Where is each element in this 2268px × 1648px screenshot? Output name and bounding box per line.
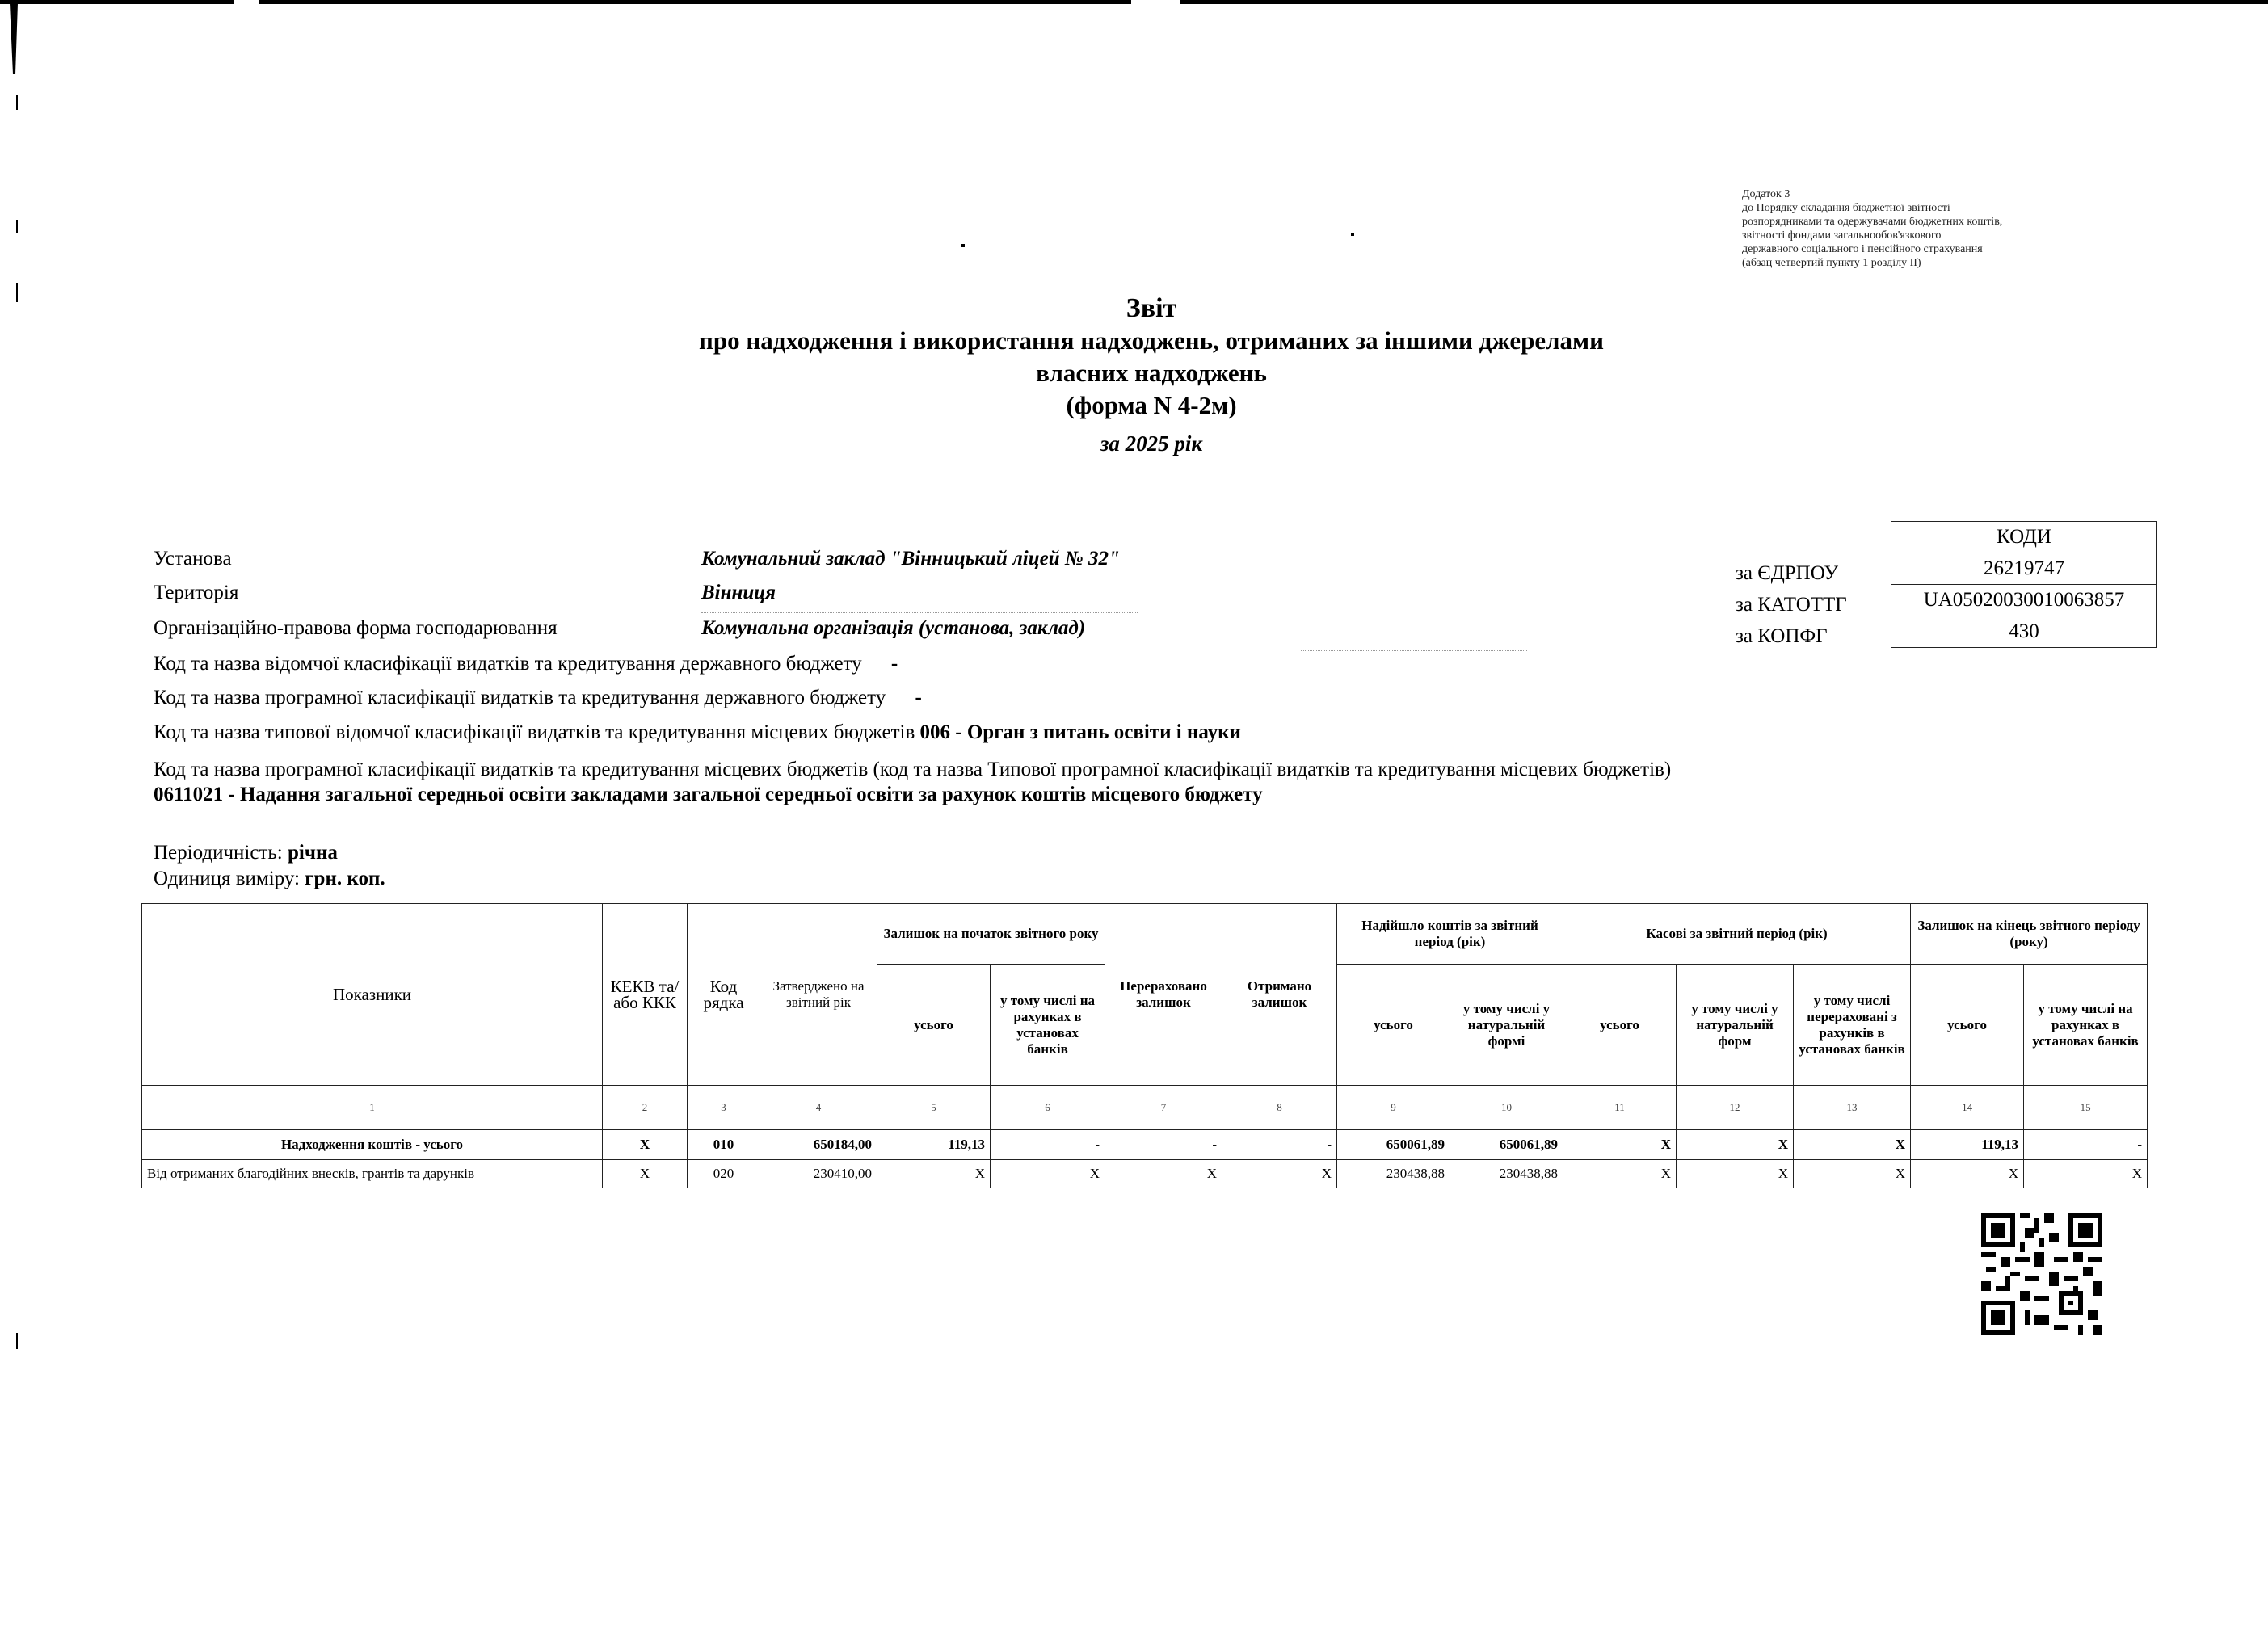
territory-label: Територія bbox=[154, 582, 238, 604]
scan-mark bbox=[16, 95, 18, 110]
report-period: за 2025 рік bbox=[485, 431, 1818, 456]
appendix-line: (абзац четвертий пункту 1 розділу II) bbox=[1742, 256, 2081, 270]
qr-code-icon bbox=[1981, 1213, 2102, 1335]
local-program-value: 0611021 - Надання загальної середньої ос… bbox=[154, 784, 1263, 805]
column-number: 8 bbox=[1222, 1086, 1337, 1130]
column-number: 9 bbox=[1337, 1086, 1450, 1130]
cell-received-balance: - bbox=[1222, 1130, 1337, 1160]
cell-cash-natural: X bbox=[1677, 1130, 1794, 1160]
appendix-note: Додаток 3 до Порядку складання бюджетної… bbox=[1742, 187, 2081, 270]
header-approved: Затверджено на звітний рік bbox=[760, 904, 877, 1086]
code-label-kopfg: за КОПФГ bbox=[1736, 620, 1847, 652]
cell-cash-total: X bbox=[1563, 1130, 1677, 1160]
header-indicators: Показники bbox=[142, 904, 603, 1086]
column-number: 4 bbox=[760, 1086, 877, 1130]
column-number: 3 bbox=[688, 1086, 760, 1130]
legal-form-value: Комунальна організація (установа, заклад… bbox=[701, 617, 1085, 640]
column-number: 5 bbox=[877, 1086, 991, 1130]
dept-state-label: Код та назва відомчої класифікації видат… bbox=[154, 653, 862, 675]
scan-edge-gap bbox=[234, 0, 259, 4]
appendix-line: Додаток 3 bbox=[1742, 187, 2081, 201]
form-number: (форма N 4-2м) bbox=[485, 389, 1818, 422]
header-received-balance: Отримано залишок bbox=[1222, 904, 1337, 1086]
column-number: 10 bbox=[1450, 1086, 1563, 1130]
code-value-katottg: UA05020030010063857 bbox=[1891, 585, 2157, 616]
header-cash-total: усього bbox=[1563, 965, 1677, 1086]
periodicity-value: річна bbox=[288, 842, 338, 864]
column-number: 12 bbox=[1677, 1086, 1794, 1130]
cell-transferred: X bbox=[1105, 1160, 1222, 1188]
typical-dept-row: Код та назва типової відомчої класифікац… bbox=[154, 721, 1241, 744]
cell-income-total: 650061,89 bbox=[1337, 1130, 1450, 1160]
scan-speck bbox=[961, 244, 965, 247]
code-label-edrpou: за ЄДРПОУ bbox=[1736, 557, 1847, 589]
prog-state-value: - bbox=[915, 687, 921, 708]
column-number: 2 bbox=[603, 1086, 688, 1130]
header-closing-total: усього bbox=[1911, 965, 2024, 1086]
column-number: 14 bbox=[1911, 1086, 2024, 1130]
cell-cash-transferred: X bbox=[1794, 1160, 1911, 1188]
column-number: 7 bbox=[1105, 1086, 1222, 1130]
cell-closing-banks: - bbox=[2024, 1130, 2148, 1160]
table-row-total: Надходження коштів - усього X 010 650184… bbox=[142, 1130, 2148, 1160]
report-table: Показники КЕКВ та/або ККК Код рядка Затв… bbox=[141, 903, 2148, 1188]
unit-label: Одиниця виміру: bbox=[154, 868, 300, 889]
header-cash-natural: у тому числі у натуральній форм bbox=[1677, 965, 1794, 1086]
header-closing-balance: Залишок на кінець звітного періоду (року… bbox=[1911, 904, 2148, 965]
code-label-katottg: за КАТОТТГ bbox=[1736, 589, 1847, 620]
scan-edge-gap bbox=[1131, 0, 1180, 4]
unit-value: грн. коп. bbox=[305, 868, 385, 889]
cell-approved: 650184,00 bbox=[760, 1130, 877, 1160]
scan-mark bbox=[16, 1333, 18, 1349]
row-label: Від отриманих благодійних внесків, грант… bbox=[142, 1160, 603, 1188]
periodicity-label: Періодичність: bbox=[154, 842, 283, 864]
column-number: 15 bbox=[2024, 1086, 2148, 1130]
table-row: Від отриманих благодійних внесків, грант… bbox=[142, 1160, 2148, 1188]
header-transferred: Перераховано залишок bbox=[1105, 904, 1222, 1086]
cell-cash-natural: X bbox=[1677, 1160, 1794, 1188]
report-title: Звіт про надходження і використання надх… bbox=[485, 292, 1818, 456]
cell-opening-total: X bbox=[877, 1160, 991, 1188]
cell-income-total: 230438,88 bbox=[1337, 1160, 1450, 1188]
column-number: 11 bbox=[1563, 1086, 1677, 1130]
appendix-line: розпорядниками та одержувачами бюджетних… bbox=[1742, 215, 2081, 229]
local-program-row: Код та назва програмної класифікації вид… bbox=[154, 757, 1713, 807]
column-number-row: 1 2 3 4 5 6 7 8 9 10 11 12 13 14 15 bbox=[142, 1086, 2148, 1130]
cell-cash-total: X bbox=[1563, 1160, 1677, 1188]
prog-state-row: Код та назва програмної класифікації вид… bbox=[154, 687, 922, 709]
institution-label: Установа bbox=[154, 548, 232, 570]
row-label: Надходження коштів - усього bbox=[142, 1130, 603, 1160]
cell-income-natural: 650061,89 bbox=[1450, 1130, 1563, 1160]
periodicity-block: Періодичність: річна Одиниця виміру: грн… bbox=[154, 840, 385, 892]
title-line-1: про надходження і використання надходжен… bbox=[485, 325, 1818, 357]
header-cash-transferred: у тому числі перераховані з рахунків в у… bbox=[1794, 965, 1911, 1086]
codes-table: КОДИ 26219747 UA05020030010063857 430 bbox=[1891, 521, 2157, 648]
title-main: Звіт bbox=[485, 292, 1818, 325]
column-number: 13 bbox=[1794, 1086, 1911, 1130]
cell-received-balance: X bbox=[1222, 1160, 1337, 1188]
codes-labels: за ЄДРПОУ за КАТОТТГ за КОПФГ bbox=[1736, 557, 1847, 652]
code-value-edrpou: 26219747 bbox=[1891, 553, 2157, 585]
header-closing-banks: у тому числі на рахунках в установах бан… bbox=[2024, 965, 2148, 1086]
header-row-code: Код рядка bbox=[688, 904, 760, 1086]
cell-closing-total: 119,13 bbox=[1911, 1130, 2024, 1160]
title-line-2: власних надходжень bbox=[485, 357, 1818, 389]
underline bbox=[1301, 650, 1527, 651]
cell-opening-total: 119,13 bbox=[877, 1130, 991, 1160]
header-opening-banks: у тому числі на рахунках в установах бан… bbox=[991, 965, 1105, 1086]
appendix-line: до Порядку складання бюджетної звітності bbox=[1742, 201, 2081, 215]
scan-speck bbox=[1351, 233, 1354, 236]
appendix-line: звітності фондами загальнообов'язкового bbox=[1742, 229, 2081, 242]
legal-form-label: Організаційно-правова форма господарюван… bbox=[154, 617, 558, 640]
cell-row-code: 020 bbox=[688, 1160, 760, 1188]
code-value-kopfg: 430 bbox=[1891, 616, 2157, 648]
cell-kekv: X bbox=[603, 1130, 688, 1160]
cell-approved: 230410,00 bbox=[760, 1160, 877, 1188]
local-program-label: Код та назва програмної класифікації вид… bbox=[154, 759, 1671, 780]
cell-closing-banks: X bbox=[2024, 1160, 2148, 1188]
codes-header: КОДИ bbox=[1891, 522, 2157, 553]
prog-state-label: Код та назва програмної класифікації вид… bbox=[154, 687, 886, 708]
cell-opening-banks: X bbox=[991, 1160, 1105, 1188]
underline bbox=[701, 612, 1138, 613]
territory-value: Вінниця bbox=[701, 582, 776, 604]
cell-income-natural: 230438,88 bbox=[1450, 1160, 1563, 1188]
cell-row-code: 010 bbox=[688, 1130, 760, 1160]
appendix-line: державного соціального і пенсійного стра… bbox=[1742, 242, 2081, 256]
column-number: 6 bbox=[991, 1086, 1105, 1130]
scan-mark bbox=[16, 283, 18, 302]
institution-value: Комунальний заклад "Вінницький ліцей № 3… bbox=[701, 548, 1120, 570]
cell-kekv: X bbox=[603, 1160, 688, 1188]
scan-mark bbox=[16, 220, 18, 233]
header-opening-total: усього bbox=[877, 965, 991, 1086]
typical-dept-value: 006 - Орган з питань освіти і науки bbox=[920, 721, 1241, 743]
dept-state-row: Код та назва відомчої класифікації видат… bbox=[154, 653, 898, 675]
scan-edge-left bbox=[10, 3, 18, 74]
header-income: Надійшло коштів за звітний період (рік) bbox=[1337, 904, 1563, 965]
typical-dept-label: Код та назва типової відомчої класифікац… bbox=[154, 721, 915, 743]
cell-opening-banks: - bbox=[991, 1130, 1105, 1160]
column-number: 1 bbox=[142, 1086, 603, 1130]
header-cash: Касові за звітний період (рік) bbox=[1563, 904, 1911, 965]
cell-cash-transferred: X bbox=[1794, 1130, 1911, 1160]
header-kekv: КЕКВ та/або ККК bbox=[603, 904, 688, 1086]
cell-closing-total: X bbox=[1911, 1160, 2024, 1188]
header-opening-balance: Залишок на початок звітного року bbox=[877, 904, 1105, 965]
dept-state-value: - bbox=[891, 653, 898, 675]
header-income-total: усього bbox=[1337, 965, 1450, 1086]
cell-transferred: - bbox=[1105, 1130, 1222, 1160]
header-income-natural: у тому числі у натуральній формі bbox=[1450, 965, 1563, 1086]
